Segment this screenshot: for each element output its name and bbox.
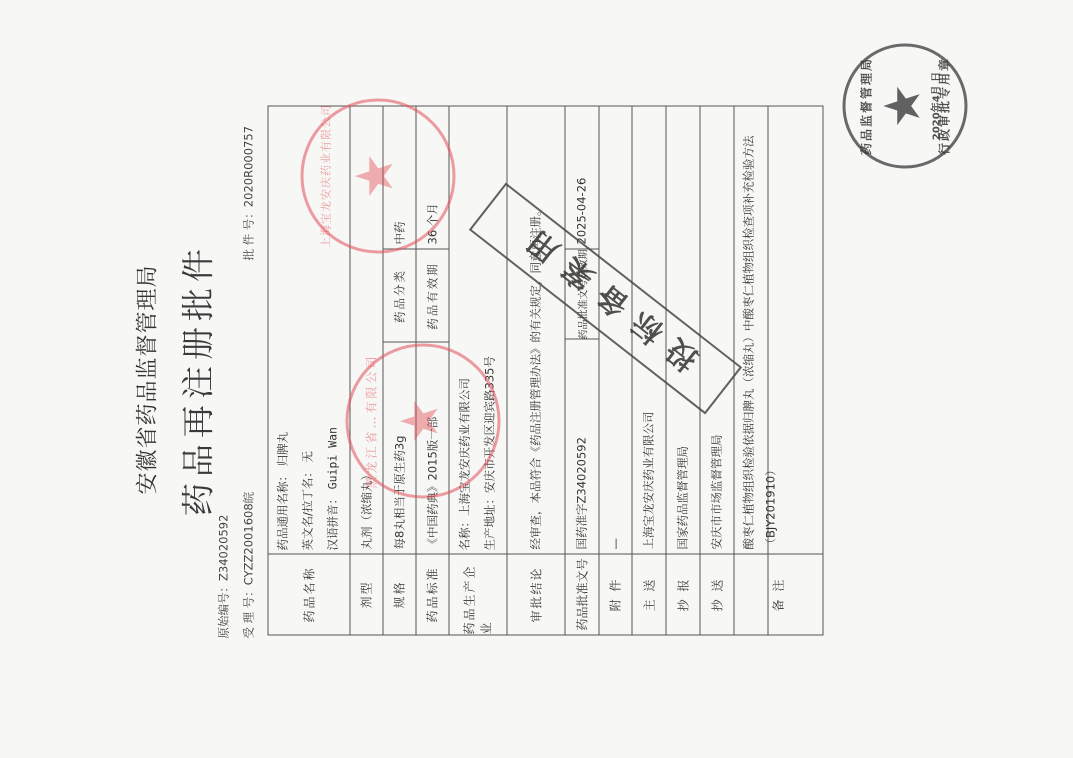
approval-conclusion-value: 经审查，本品符合《药品注册管理办法》的有关规定，同意再注册。 xyxy=(506,106,564,553)
approval-document-number: 批 件 号：2020R000757 xyxy=(240,126,256,260)
cc-send-value: 安庆市市场监督管理局 xyxy=(699,106,733,553)
drug-name-details: 药品通用名称： 归脾丸 英文名/拉丁名： 无 汉语拼音： Guipi Wan xyxy=(270,427,345,550)
star-icon: ★ xyxy=(345,152,405,199)
star-icon: ★ xyxy=(873,83,931,128)
label-cc-send: 抄 送 xyxy=(699,554,733,634)
label-specification: 规格 xyxy=(382,554,415,634)
issuing-agency: 安徽省药品监督管理局 xyxy=(130,0,161,758)
pinyin-name: 汉语拼音： Guipi Wan xyxy=(320,427,345,550)
company-seal-red: 上海宝龙安庆药业有限公司 ★ xyxy=(300,98,455,253)
remarks-value: 酸枣仁植物组织检验依据归脾丸（浓缩丸）中酸枣仁植物组织检查项补充检验方法（BJY… xyxy=(733,106,822,553)
label-drug-category: 药品分类 xyxy=(382,249,415,342)
original-number: 原始编号：Z34020592 xyxy=(215,514,231,638)
authority-seal: 药品监督管理局 ★ 2020年4月 日 行政审批专用章 xyxy=(842,43,967,168)
company-seal-red-2: 黑龙江省…有限公司 ★ xyxy=(345,343,500,498)
registration-certificate-page: 安徽省药品监督管理局 药品再注册批件 原始编号：Z34020592 受 理 号：… xyxy=(0,0,1073,758)
star-icon: ★ xyxy=(390,397,450,444)
acceptance-number: 受 理 号：CYZZ2001608皖 xyxy=(240,491,256,638)
approval-number-value: 国药准字Z34020592 xyxy=(564,339,598,553)
label-drug-name: 药品名称 xyxy=(268,554,349,634)
label-approval-number: 药品批准文号 xyxy=(564,554,598,634)
label-main-recipient: 主 送 xyxy=(631,554,665,634)
label-manufacturer: 药品生产企业 xyxy=(448,554,506,634)
label-shelf-life: 药品有效期 xyxy=(415,249,448,342)
approval-number-validity-value: 2025-04-26 xyxy=(564,106,598,248)
document-title: 药品再注册批件 xyxy=(172,0,219,758)
label-approval-conclusion: 审批结论 xyxy=(506,554,564,634)
label-dosage-form: 剂型 xyxy=(349,554,382,634)
english-name: 英文名/拉丁名： 无 xyxy=(295,427,320,550)
generic-name: 药品通用名称： 归脾丸 xyxy=(270,427,295,550)
label-remarks: 备 注 xyxy=(733,554,822,634)
label-cc-report: 抄 报 xyxy=(665,554,699,634)
label-attachment: 附 件 xyxy=(598,554,631,634)
label-drug-standard: 药品标准 xyxy=(415,554,448,634)
